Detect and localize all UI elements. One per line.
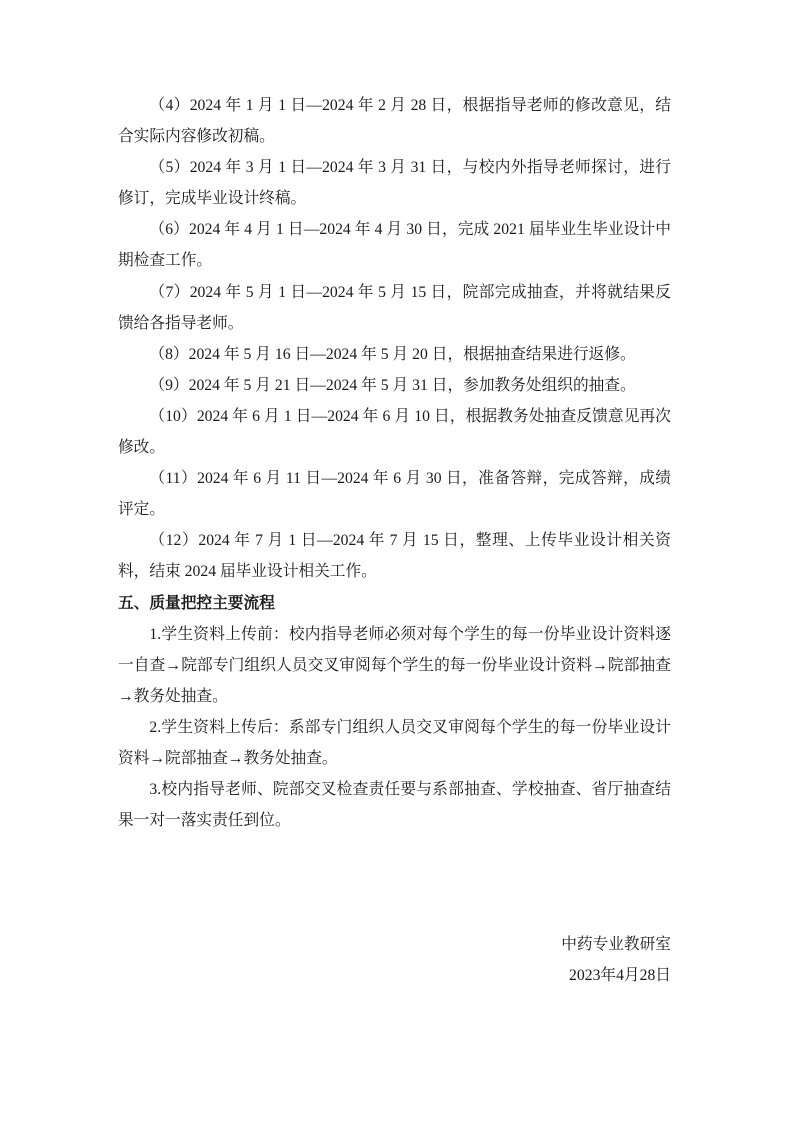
paragraph: （12）2024 年 7 月 1 日—2024 年 7 月 15 日，整理、上传…: [118, 525, 671, 587]
signature-date: 2023年4月28日: [118, 960, 671, 991]
signature-author: 中药专业教研室: [118, 929, 671, 960]
paragraph: （4）2024 年 1 月 1 日—2024 年 2 月 28 日，根据指导老师…: [118, 90, 671, 152]
paragraph: 2.学生资料上传后：系部专门组织人员交叉审阅每个学生的每一份毕业设计资料→院部抽…: [118, 712, 671, 774]
paragraph: （9）2024 年 5 月 21 日—2024 年 5 月 31 日，参加教务处…: [118, 370, 671, 401]
signature-block: 中药专业教研室 2023年4月28日: [118, 929, 671, 991]
document-page: （4）2024 年 1 月 1 日—2024 年 2 月 28 日，根据指导老师…: [0, 0, 793, 1122]
paragraph: （6）2024 年 4 月 1 日—2024 年 4 月 30 日，完成 202…: [118, 214, 671, 276]
paragraph: （7）2024 年 5 月 1 日—2024 年 5 月 15 日，院部完成抽查…: [118, 277, 671, 339]
paragraph: （11）2024 年 6 月 11 日—2024 年 6 月 30 日，准备答辩…: [118, 463, 671, 525]
paragraph: 1.学生资料上传前：校内指导老师必须对每个学生的每一份毕业设计资料逐一自查→院部…: [118, 619, 671, 712]
paragraph: （8）2024 年 5 月 16 日—2024 年 5 月 20 日，根据抽查结…: [118, 339, 671, 370]
section-heading: 五、质量把控主要流程: [118, 588, 671, 619]
paragraph: 3.校内指导老师、院部交叉检查责任要与系部抽查、学校抽查、省厅抽查结果一对一落实…: [118, 774, 671, 836]
document-body: （4）2024 年 1 月 1 日—2024 年 2 月 28 日，根据指导老师…: [118, 90, 671, 836]
paragraph: （10）2024 年 6 月 1 日—2024 年 6 月 10 日，根据教务处…: [118, 401, 671, 463]
paragraph: （5）2024 年 3 月 1 日—2024 年 3 月 31 日，与校内外指导…: [118, 152, 671, 214]
